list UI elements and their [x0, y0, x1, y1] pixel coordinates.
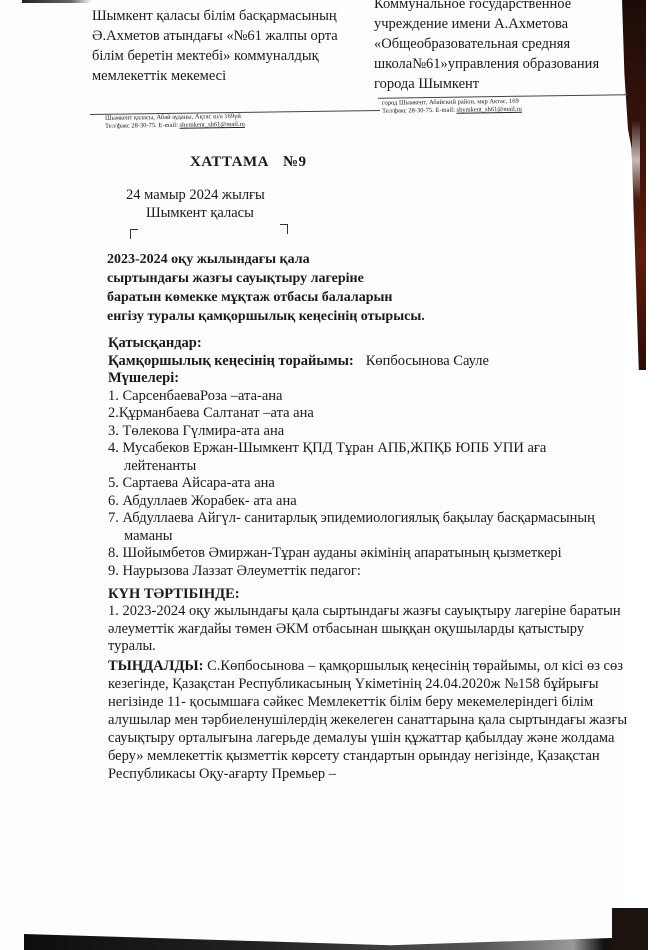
member-text-continued: лейтенанты: [108, 458, 638, 476]
member-item: 8. Шойымбетов Әмиржан-Тұран ауданы әкімі…: [108, 545, 638, 563]
email-link[interactable]: shymkent_sh61@mail.ru: [179, 121, 244, 129]
document-title: ХАТТАМА№9: [190, 154, 307, 171]
letterhead-line: города Шымкент: [374, 74, 634, 94]
attendance-section: Қатысқандар: Қамқоршылық кеңесінің торай…: [108, 335, 638, 580]
member-item: 3. Төлекова Гүлмира-ата ана: [108, 423, 638, 441]
document-date: 24 мамыр 2024 жылғы: [126, 186, 265, 204]
agenda-item: 1. 2023-2024 оқу жылындағы қала сыртында…: [108, 603, 628, 656]
letterhead-kazakh: Шымкент қаласы білім басқармасының Ә.Ахм…: [92, 6, 362, 86]
member-text: 9. Наурызова Лаззат Әлеуметтік педагог:: [108, 563, 361, 579]
chair-row: Қамқоршылық кеңесінің торайымы:Көпбосыно…: [108, 353, 638, 371]
members-heading: Мүшелері:: [108, 370, 638, 388]
heard-paragraph: ТЫҢДАЛДЫ: С.Көпбосынова – қамқоршылық ке…: [108, 657, 633, 783]
tel-text: Тел/факс 28-30-75. E-mail:: [105, 122, 180, 130]
document-city: Шымкент қаласы: [146, 204, 254, 222]
member-item: 9. Наурызова Лаззат Әлеуметтік педагог:: [108, 563, 638, 581]
member-text-continued: маманы: [108, 528, 638, 546]
letterhead-line: Ә.Ахметов атындағы «№61 жалпы орта: [92, 26, 362, 46]
letterhead-russian: Коммунальное государственное учреждение …: [374, 0, 634, 94]
chair-name: Көпбосынова Сауле: [366, 353, 489, 369]
member-text: 5. Сартаева Айсара-ата ана: [108, 475, 275, 491]
email-link[interactable]: shymkent_sh61@mail.ru: [456, 106, 521, 114]
agenda-section: КҮН ТӘРТІБІНДЕ: 1. 2023-2024 оқу жылында…: [108, 585, 628, 656]
member-item: 6. Абдуллаев Жорабек- ата ана: [108, 493, 638, 511]
attendance-heading: Қатысқандар:: [108, 335, 638, 353]
document-subject: 2023-2024 оқу жылындағы қала сыртындағы …: [107, 250, 547, 326]
member-text: 4. Мусабеков Ержан-Шымкент ҚПД Тұран АПБ…: [108, 440, 546, 456]
chair-label: Қамқоршылық кеңесінің торайымы:: [108, 353, 354, 369]
letterhead-line: учреждение имени А.Ахметова: [374, 14, 634, 34]
document-number: №9: [283, 154, 307, 170]
letterhead-line: мемлекеттік мекемесі: [92, 66, 362, 86]
agenda-heading: КҮН ТӘРТІБІНДЕ:: [108, 585, 628, 603]
letterhead-line: «Общеобразовательная средняя: [374, 34, 634, 54]
member-text: 1. СарсенбаеваРоза –ата-ана: [108, 388, 282, 404]
member-item: 4. Мусабеков Ержан-Шымкент ҚПД Тұран АПБ…: [108, 440, 638, 475]
tel-text: Тел/факс 28-30-75. E-mail:: [382, 107, 457, 115]
member-item: 5. Сартаева Айсара-ата ана: [108, 475, 638, 493]
scan-edge-top: [22, 0, 92, 3]
member-text: 6. Абдуллаев Жорабек- ата ана: [108, 493, 297, 509]
member-text: 3. Төлекова Гүлмира-ата ана: [108, 423, 284, 439]
member-text: 7. Абдуллаева Айгүл- санитарлық эпидемио…: [108, 510, 595, 526]
corner-mark-left: [130, 229, 138, 239]
corner-mark-right: [280, 224, 288, 234]
letterhead-line: Шымкент қаласы білім басқармасының: [92, 6, 362, 26]
member-item: 2.Құрманбаева Салтанат –ата ана: [108, 405, 638, 423]
letterhead-line: білім беретін мектебі» коммуналдық: [92, 46, 362, 66]
member-text: 8. Шойымбетов Әмиржан-Тұран ауданы әкімі…: [108, 545, 562, 561]
member-item: 1. СарсенбаеваРоза –ата-ана: [108, 388, 638, 406]
heard-section: ТЫҢДАЛДЫ: С.Көпбосынова – қамқоршылық ке…: [108, 657, 633, 783]
title-text: ХАТТАМА: [190, 154, 269, 170]
members-list: 1. СарсенбаеваРоза –ата-ана 2.Құрманбаев…: [108, 388, 638, 581]
member-text: 2.Құрманбаева Салтанат –ата ана: [108, 405, 314, 421]
heard-text: С.Көпбосынова – қамқоршылық кеңесінің тө…: [108, 658, 627, 782]
scan-edge-corner: [612, 908, 648, 950]
heard-label: ТЫҢДАЛДЫ:: [108, 658, 203, 674]
member-item: 7. Абдуллаева Айгүл- санитарлық эпидемио…: [108, 510, 638, 545]
scan-edge-highlight: [632, 120, 640, 200]
letterhead-line: школа№61»управления образования: [374, 54, 634, 74]
letterhead-line: Коммунальное государственное: [374, 0, 634, 14]
